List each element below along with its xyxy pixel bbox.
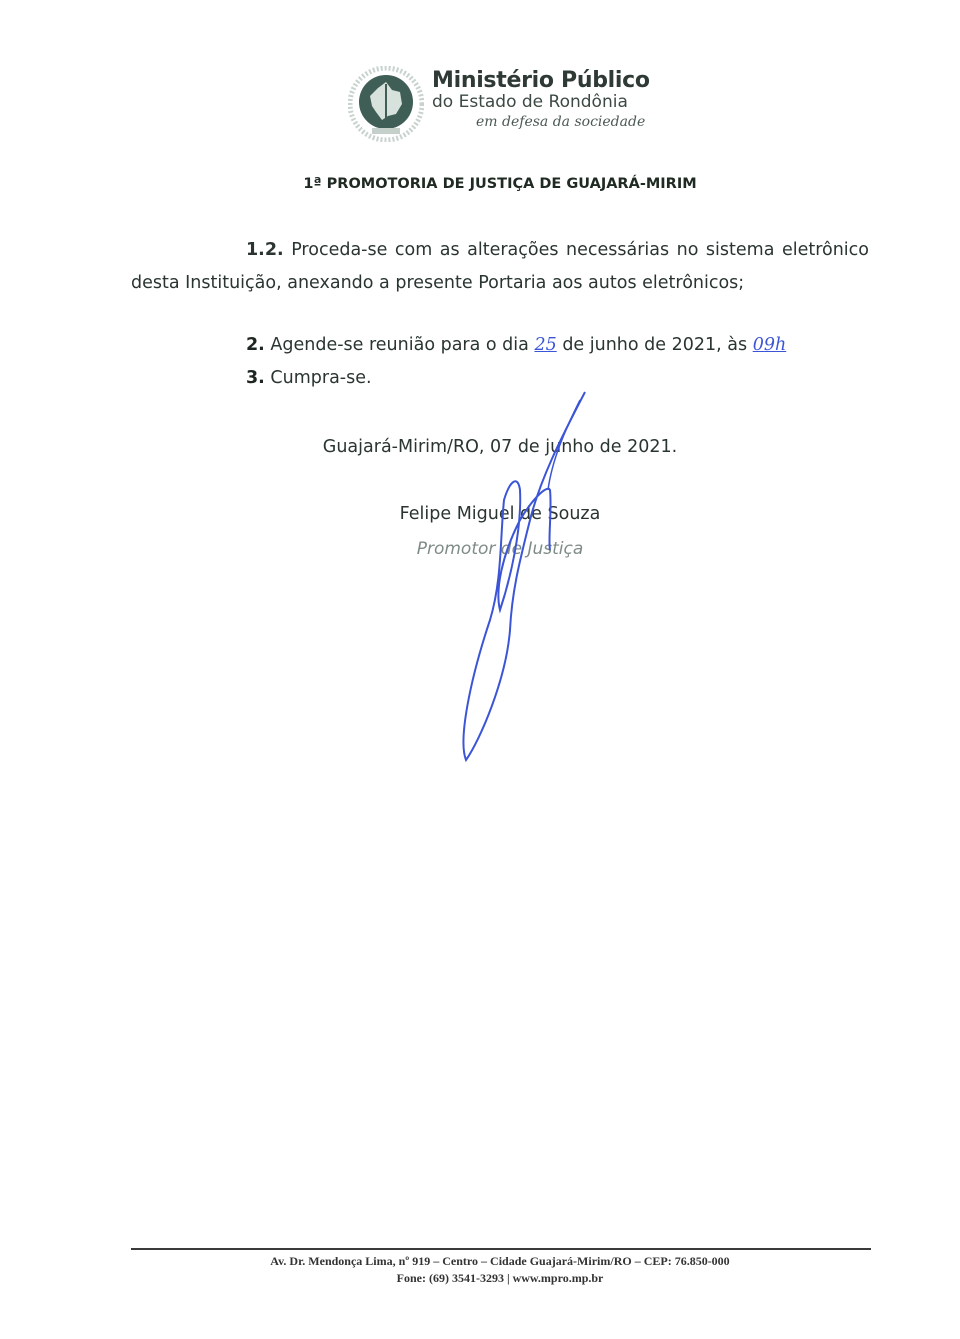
item-text: Proceda-se com as alterações necessárias… <box>131 240 869 293</box>
footer-address: Av. Dr. Mendonça Lima, nº 919 – Centro –… <box>0 1254 960 1269</box>
handwritten-day: 25 <box>534 335 556 355</box>
item-text-before: Agende-se reunião para o dia <box>270 335 528 355</box>
org-name: Ministério Público <box>432 70 650 92</box>
footer-contact: Fone: (69) 3541-3293 | www.mpro.mp.br <box>0 1271 960 1286</box>
item-number: 1.2. <box>246 240 284 260</box>
item-number: 3. <box>246 368 265 388</box>
office-heading: 1ª PROMOTORIA DE JUSTIÇA DE GUAJARÁ-MIRI… <box>0 176 960 192</box>
item-number: 2. <box>246 335 265 355</box>
footer-divider <box>131 1248 871 1250</box>
mp-ro-seal-icon <box>348 66 424 142</box>
org-state: do Estado de Rondônia <box>432 94 650 111</box>
org-slogan: em defesa da sociedade <box>476 115 650 129</box>
item-1-2: 1.2. Proceda-se com as alterações necess… <box>131 234 869 300</box>
item-text-after: de junho de 2021, às <box>562 335 747 355</box>
item-2: 2. Agende-se reunião para o dia 25 de ju… <box>246 335 786 355</box>
handwritten-signature <box>440 380 640 780</box>
item-text: Cumpra-se. <box>270 368 371 388</box>
item-3: 3. Cumpra-se. <box>246 368 372 388</box>
org-brand: Ministério Público do Estado de Rondônia… <box>432 70 650 129</box>
handwritten-time: 09h <box>753 335 787 355</box>
